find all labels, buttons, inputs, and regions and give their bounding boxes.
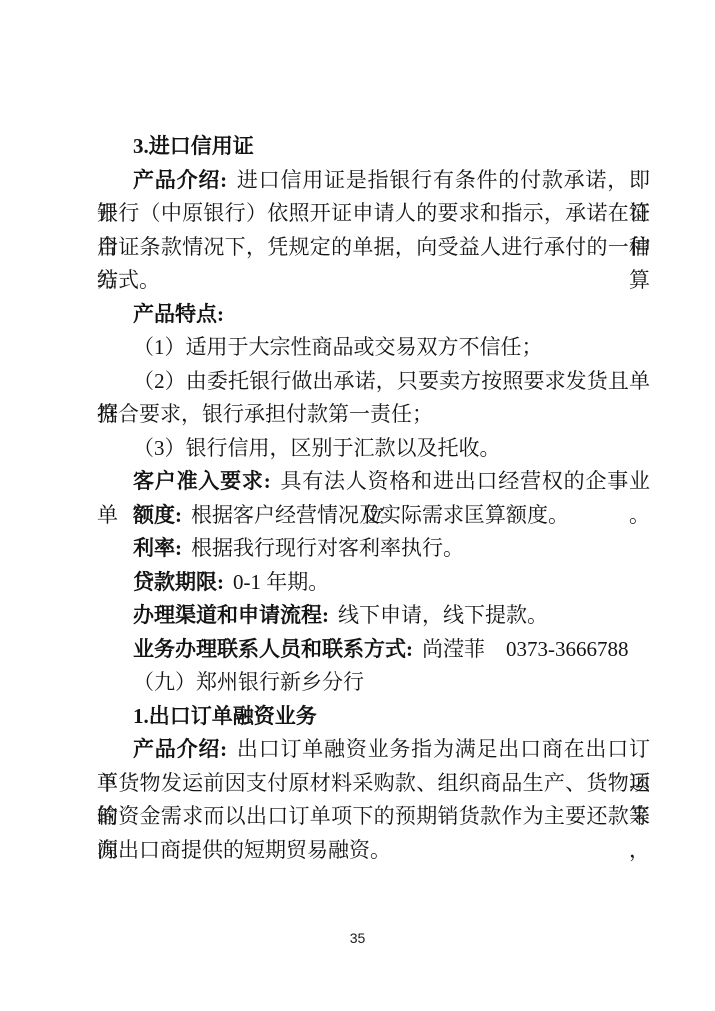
field-label-customer-requirements: 客户准入要求: [133,469,271,493]
label-product-features: 产品特点: [97,298,650,332]
line-contact-person-phone: 业务办理联系人员和联系方式:尚滢菲 0373-3666788 [97,633,650,667]
feature-item-1: （1）适用于大宗性商品或交易双方不信任； [97,331,650,365]
document-page: { "doc": { "lines": [ { "text": "3.进口信用证… [0,0,715,1011]
line-text: 尚滢菲 0373-3666788 [422,637,629,661]
feature-item-2-line-1: （2）由委托银行做出承诺，只要卖方按照要求发货且单据 [97,365,650,399]
page-number: 35 [0,930,715,946]
field-label-loan-term: 贷款期限: [133,570,224,594]
line-text: 向出口商提供的短期贸易融资。 [97,838,391,862]
para-product-intro-line-2: 银行（中原银行）依照开证申请人的要求和指示，承诺在符合信 [97,197,650,231]
field-label-quota: 额度: [133,503,182,527]
field-label-contact: 业务办理联系人员和联系方式: [133,637,413,661]
section-heading-zhengzhou-bank-xinxiang-branch: （九）郑州银行新乡分行 [97,666,650,700]
para-export-intro-line-2: 下货物发运前因支付原材料采购款、组织商品生产、货物运输等 [97,767,650,801]
para-export-intro-line-1: 产品介绍:出口订单融资业务指为满足出口商在出口订单项 [97,733,650,767]
line-interest-rate: 利率:根据我行现行对客利率执行。 [97,532,650,566]
line-text: 用证条款情况下，凭规定的单据，向受益人进行承付的一种结算 [97,235,650,293]
page-background: 3.进口信用证 产品介绍:进口信用证是指银行有条件的付款承诺，即开证 银行（中原… [0,0,715,1011]
line-text: 方式。 [97,268,160,292]
para-product-intro-line-1: 产品介绍:进口信用证是指银行有条件的付款承诺，即开证 [97,164,650,198]
para-export-intro-line-3: 的资金需求而以出口订单项下的预期销货款作为主要还款来源， [97,800,650,834]
field-label-product-features: 产品特点: [133,302,224,326]
line-text: （九）郑州银行新乡分行 [133,670,364,694]
heading-import-letter-of-credit: 3.进口信用证 [97,130,650,164]
field-label-application-process: 办理渠道和申请流程: [133,603,329,627]
line-text: 根据客户经营情况及实际需求匡算额度。 [191,503,569,527]
line-text: （3）银行信用，区别于汇款以及托收。 [133,436,501,460]
line-customer-requirements: 客户准入要求:具有法人资格和进出口经营权的企事业单位。 [97,465,650,499]
heading-export-order-financing: 1.出口订单融资业务 [97,700,650,734]
line-application-process: 办理渠道和申请流程:线下申请，线下提款。 [97,599,650,633]
line-text: 根据我行现行对客利率执行。 [191,536,464,560]
heading-text: 3.进口信用证 [133,134,254,158]
line-text: （1）适用于大宗性商品或交易双方不信任； [133,335,543,359]
line-text: 0-1 年期。 [233,570,329,594]
para-product-intro-line-3: 用证条款情况下，凭规定的单据，向受益人进行承付的一种结算 [97,231,650,265]
feature-item-3: （3）银行信用，区别于汇款以及托收。 [97,432,650,466]
feature-item-2-line-2: 符合要求，银行承担付款第一责任； [97,398,650,432]
heading-text: 1.出口订单融资业务 [133,704,317,728]
line-quota: 额度:根据客户经营情况及实际需求匡算额度。 [97,499,650,533]
field-label-product-intro: 产品介绍: [133,168,227,192]
document-body: 3.进口信用证 产品介绍:进口信用证是指银行有条件的付款承诺，即开证 银行（中原… [97,130,650,867]
line-text: 符合要求，银行承担付款第一责任； [97,402,433,426]
field-label-interest-rate: 利率: [133,536,182,560]
line-loan-term: 贷款期限:0-1 年期。 [97,566,650,600]
field-label-product-intro-2: 产品介绍: [133,737,227,761]
line-text: 线下申请，线下提款。 [338,603,548,627]
